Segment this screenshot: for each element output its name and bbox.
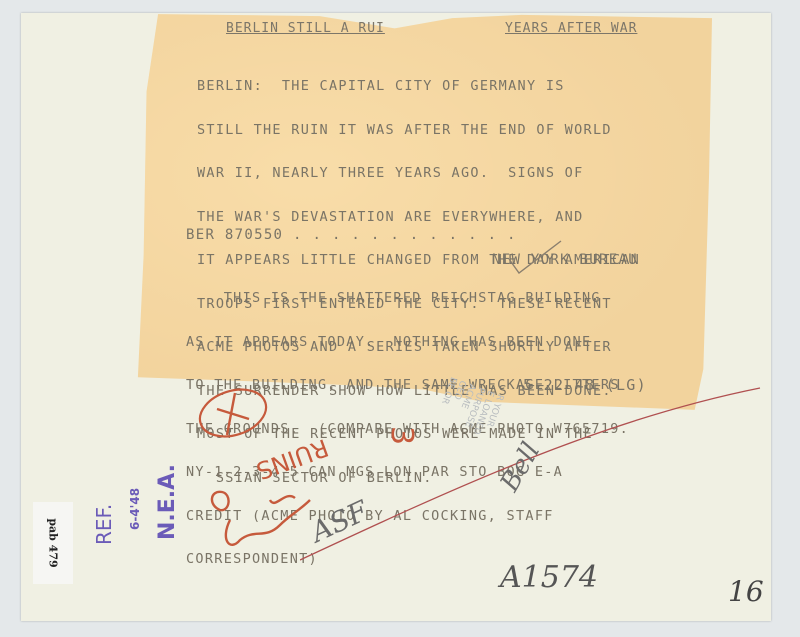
sticker-label: pab 479 <box>47 518 60 567</box>
caption-line: THE WAR'S DEVASTATION ARE EVERYWHERE, AN… <box>197 210 640 225</box>
catalog-number: A1574 <box>500 560 598 595</box>
archive-sticker: pab 479 <box>33 502 73 584</box>
wire-code: BER 870550 <box>186 227 283 243</box>
headline-right: YEARS AFTER WAR <box>505 21 637 36</box>
leader-dots: . . . . . . . . . . . . <box>283 227 517 243</box>
date-stamp: 6-4'48 <box>128 488 142 530</box>
caption-line: WAR II, NEARLY THREE YEARS AGO. SIGNS OF <box>197 166 640 181</box>
ref-stamp: REF. <box>92 504 116 545</box>
agency-stamp: N.E.A. <box>155 464 180 540</box>
bureau-line: BER 870550 . . . . . . . . . . . . <box>186 228 517 243</box>
page-number: 16 <box>728 575 764 608</box>
caption-line: BERLIN: THE CAPITAL CITY OF GERMANY IS <box>197 79 640 94</box>
caption-line: STILL THE RUIN IT WAS AFTER THE END OF W… <box>197 123 640 138</box>
detail-line: THIS IS THE SHATTERED REICHSTAG BUILDING <box>186 291 629 306</box>
headline-left: BERLIN STILL A RUI <box>226 21 385 36</box>
detail-line: AS IT APPEARS TODAY. NOTHING HAS BEEN DO… <box>186 335 629 350</box>
circled-plus-mark-icon <box>195 385 275 445</box>
red-pencil-line-icon <box>300 370 800 570</box>
